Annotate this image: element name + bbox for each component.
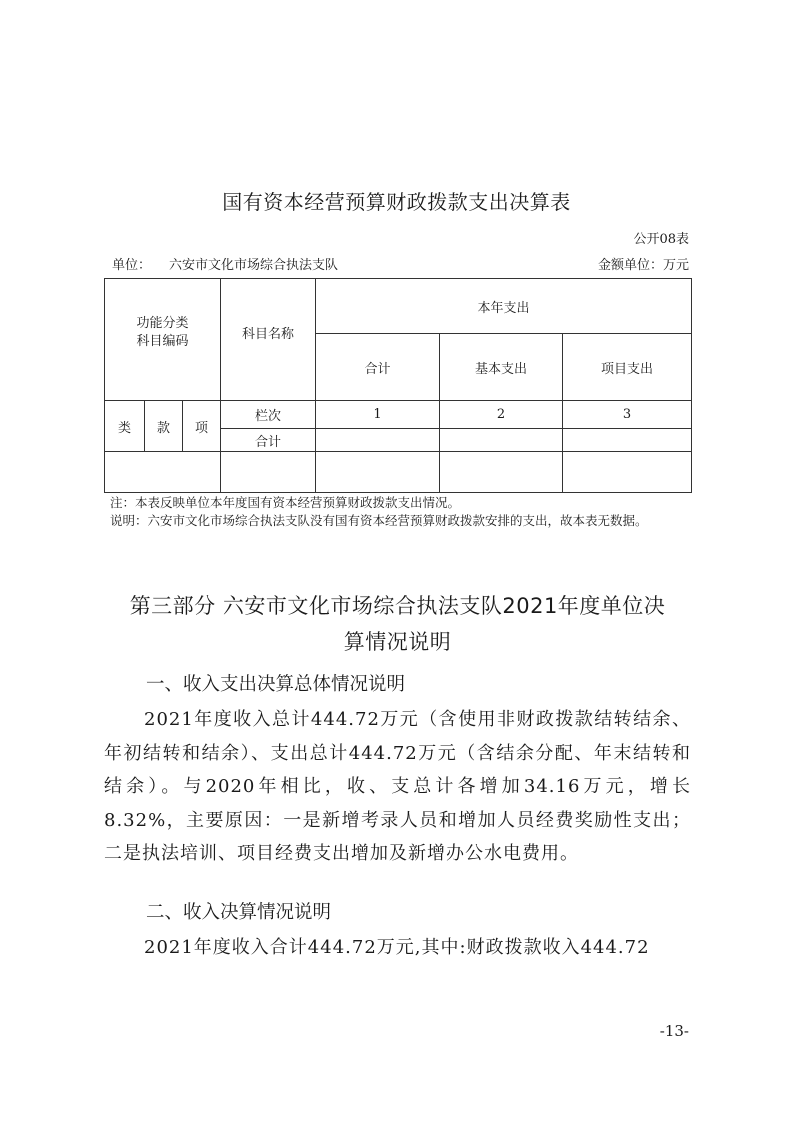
col-number-2: 2: [440, 401, 563, 429]
row-total-project: [563, 429, 692, 452]
header-current-year: 本年支出: [316, 279, 692, 334]
amount-unit: 金额单位：万元: [598, 254, 689, 273]
header-project: 项目支出: [563, 334, 692, 401]
header-total: 合计: [316, 334, 440, 401]
table-row: [105, 452, 692, 493]
table-explanation: 说明：六安市文化市场综合执法支队没有国有资本经营预算财政拨款安排的支出，故本表无…: [110, 512, 690, 530]
unit-label: 单位：: [112, 258, 151, 273]
row-total-total: [316, 429, 440, 452]
header-xiang: 项: [183, 401, 221, 452]
row-code: [105, 452, 221, 493]
section1-paragraph: 2021年度收入总计444.72万元（含使用非财政拨款结转结余、年初结转和结余）…: [104, 703, 691, 871]
header-lei: 类: [105, 401, 145, 452]
part-three-title-line2: 算情况说明: [104, 624, 691, 660]
row-project: [563, 452, 692, 493]
col-number-3: 3: [563, 401, 692, 429]
row-basic: [440, 452, 563, 493]
header-func-code: 科目编码: [105, 333, 220, 351]
page-number: -13-: [660, 1022, 689, 1040]
col-number-1: 1: [316, 401, 440, 429]
unit-info: 单位：六安市文化市场综合执法支队: [112, 254, 338, 273]
header-function-code: 功能分类 科目编码: [105, 279, 221, 401]
section1-heading: 一、收入支出决算总体情况说明: [146, 670, 405, 696]
section2-heading: 二、收入决算情况说明: [146, 898, 331, 924]
table-notes: 注：本表反映单位本年度国有资本经营预算财政拨款支出情况。 说明：六安市文化市场综…: [110, 494, 690, 530]
header-subject-name: 科目名称: [221, 279, 316, 401]
row-total-label: 合计: [221, 429, 316, 452]
section2-paragraph: 2021年度收入合计444.72万元,其中:财政拨款收入444.72: [104, 931, 691, 965]
row-total-basic: [440, 429, 563, 452]
header-kuan: 款: [145, 401, 183, 452]
row-name: [221, 452, 316, 493]
table-note: 注：本表反映单位本年度国有资本经营预算财政拨款支出情况。: [110, 494, 690, 512]
header-func-class: 功能分类: [105, 315, 220, 333]
section1-text: 2021年度收入总计444.72万元（含使用非财政拨款结转结余、年初结转和结余）…: [104, 709, 691, 864]
expenditure-table: 功能分类 科目编码 科目名称 本年支出 合计 基本支出 项目支出 类 款 项 栏…: [104, 278, 692, 493]
header-basic: 基本支出: [440, 334, 563, 401]
row-total: [316, 452, 440, 493]
part-three-title-line1: 第三部分 六安市文化市场综合执法支队2021年度单位决: [104, 588, 691, 624]
row-column-label: 栏次: [221, 401, 316, 429]
section2-text: 2021年度收入合计444.72万元,其中:财政拨款收入444.72: [144, 937, 650, 958]
table-title: 国有资本经营预算财政拨款支出决算表: [0, 186, 793, 215]
part-three-title: 第三部分 六安市文化市场综合执法支队2021年度单位决 算情况说明: [104, 588, 691, 660]
unit-name: 六安市文化市场综合执法支队: [169, 258, 338, 273]
table-code: 公开08表: [633, 228, 689, 247]
